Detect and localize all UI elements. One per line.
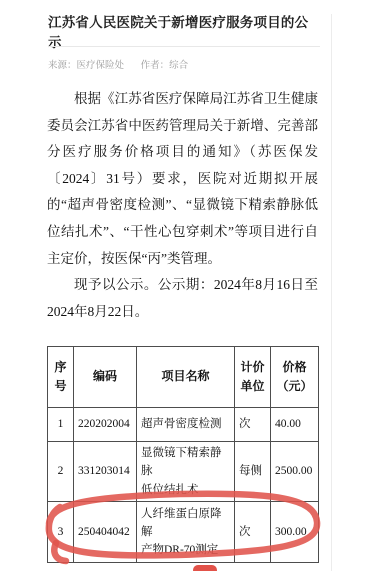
table-cell: 220202004: [74, 408, 137, 442]
article-meta: 来源：医疗保险处 作者：综合: [48, 57, 320, 71]
notice-page: 江苏省人民医院关于新增医疗服务项目的公示 来源：医疗保险处 作者：综合 根据《江…: [0, 0, 367, 571]
table-cell: 1: [48, 408, 74, 442]
table-cell: 3: [48, 502, 74, 563]
paragraph-basis: 根据《江苏省医疗保障局江苏省卫生健康委员会江苏省中医药管理局关于新增、完善部分医…: [47, 86, 318, 272]
table-cell: 显微镜下精索静脉 低位结扎术: [137, 442, 235, 502]
content-right-edge: [331, 14, 332, 571]
table-cell: 300.00: [271, 502, 319, 563]
table-cell: 250404042: [74, 502, 137, 563]
meta-source: 来源：医疗保险处: [48, 60, 124, 71]
table-header-cell: 项目名称: [137, 347, 235, 408]
table-cell: 次: [235, 502, 271, 563]
price-table: 序 号编码项目名称计价 单位价格 （元） 1220202004超声骨密度检测次4…: [47, 346, 319, 563]
table-cell: 次: [235, 408, 271, 442]
table-row: 2331203014显微镜下精索静脉 低位结扎术每侧2500.00: [48, 442, 319, 502]
paragraph-publicity-period: 现予以公示。公示期：2024年8月16日至2024年8月22日。: [47, 272, 318, 325]
table-header-cell: 序 号: [48, 347, 74, 408]
table-cell: 人纤维蛋白原降解 产物DR-70测定: [137, 502, 235, 563]
table-cell: 40.00: [271, 408, 319, 442]
table-cell: 331203014: [74, 442, 137, 502]
price-table-body: 1220202004超声骨密度检测次40.002331203014显微镜下精索静…: [48, 408, 319, 563]
table-cell: 2500.00: [271, 442, 319, 502]
red-badge: [193, 565, 217, 571]
meta-author: 作者：综合: [141, 60, 189, 71]
table-header-cell: 计价 单位: [235, 347, 271, 408]
table-cell: 超声骨密度检测: [137, 408, 235, 442]
notice-body: 根据《江苏省医疗保障局江苏省卫生健康委员会江苏省中医药管理局关于新增、完善部分医…: [47, 86, 318, 342]
table-row: 3250404042人纤维蛋白原降解 产物DR-70测定次300.00: [48, 502, 319, 563]
table-row: 1220202004超声骨密度检测次40.00: [48, 408, 319, 442]
table-cell: 每侧: [235, 442, 271, 502]
table-header-cell: 价格 （元）: [271, 347, 319, 408]
table-header-cell: 编码: [74, 347, 137, 408]
page-title: 江苏省人民医院关于新增医疗服务项目的公示: [48, 13, 320, 53]
title-divider: [48, 46, 320, 47]
table-header-row: 序 号编码项目名称计价 单位价格 （元）: [48, 347, 319, 408]
table-cell: 2: [48, 442, 74, 502]
